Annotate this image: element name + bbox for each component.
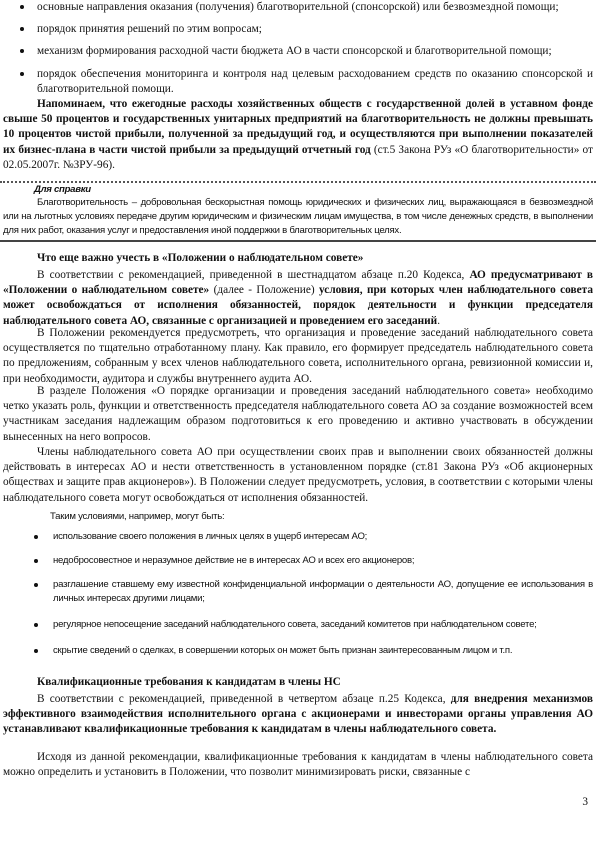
bullet-icon <box>34 583 38 587</box>
paragraph: В разделе Положения «О порядке организац… <box>3 384 593 445</box>
paragraph: Исходя из данной рекомендации, квалифика… <box>3 750 593 780</box>
bullet-icon <box>20 72 24 76</box>
paragraph: Члены наблюдательного совета АО при осущ… <box>3 445 593 506</box>
text-run: В соответствии с рекомендацией, приведен… <box>37 269 469 281</box>
list-item-text: использование своего положения в личных … <box>53 531 367 542</box>
section-heading: Квалификационные требования к кандидатам… <box>3 675 596 690</box>
section-heading-text: Что еще важно учесть в «Положении о набл… <box>37 252 363 264</box>
list-item: порядок обеспечения мониторинга и контро… <box>3 67 593 97</box>
reference-title: Для справки <box>34 184 91 195</box>
bullet-icon <box>34 623 38 627</box>
section-heading-text: Квалификационные требования к кандидатам… <box>37 676 341 688</box>
bullet-icon <box>20 27 24 31</box>
reminder-paragraph: Напоминаем, что ежегодные расходы хозяйс… <box>3 97 593 173</box>
section-heading: Что еще важно учесть в «Положении о набл… <box>3 251 596 266</box>
list-item: недобросовестное и неразумное действие н… <box>3 554 593 568</box>
reference-box: Для справки Благотворительность – добров… <box>0 181 596 242</box>
text-run: (далее - Положение) <box>209 284 319 296</box>
list-item-text: скрытие сведений о сделках, в совершении… <box>53 645 512 656</box>
list-item-text: недобросовестное и неразумное действие н… <box>53 555 414 566</box>
paragraph: В соответствии с рекомендацией, приведен… <box>3 692 593 738</box>
conditions-intro: Таким условиями, например, могут быть: <box>50 510 224 524</box>
paragraph: В соответствии с рекомендацией, приведен… <box>3 268 593 329</box>
page-number: 3 <box>582 795 588 810</box>
text-run: . <box>437 315 440 327</box>
list-item-text: основные направления оказания (получения… <box>37 1 559 13</box>
top-bullet-list: основные направления оказания (получения… <box>3 0 593 104</box>
bullet-icon <box>34 535 38 539</box>
list-item-text: механизм формирования расходной части бю… <box>37 45 552 57</box>
list-item: использование своего положения в личных … <box>3 530 593 544</box>
document-page: основные направления оказания (получения… <box>0 0 596 843</box>
list-item: основные направления оказания (получения… <box>3 0 593 15</box>
list-item: регулярное непосещение заседаний наблюда… <box>3 618 593 632</box>
bullet-icon <box>20 5 24 9</box>
list-item-text: порядок принятия решений по этим вопроса… <box>37 23 262 35</box>
list-item: механизм формирования расходной части бю… <box>3 44 593 59</box>
text-run: В соответствии с рекомендацией, приведен… <box>37 693 451 705</box>
list-item: скрытие сведений о сделках, в совершении… <box>3 644 593 658</box>
paragraph: В Положении рекомендуется предусмотреть,… <box>3 326 593 387</box>
list-item-text: разглашение ставшему ему известной конфи… <box>53 579 593 604</box>
conditions-list: использование своего положения в личных … <box>3 530 593 668</box>
bullet-icon <box>34 649 38 653</box>
list-item-text: регулярное непосещение заседаний наблюда… <box>53 619 537 630</box>
bullet-icon <box>34 559 38 563</box>
bullet-icon <box>20 49 24 53</box>
reference-body: Благотворительность – добровольная беско… <box>3 196 593 238</box>
list-item: разглашение ставшему ему известной конфи… <box>3 578 593 606</box>
list-item: порядок принятия решений по этим вопроса… <box>3 22 593 37</box>
list-item-text: порядок обеспечения мониторинга и контро… <box>37 68 593 95</box>
